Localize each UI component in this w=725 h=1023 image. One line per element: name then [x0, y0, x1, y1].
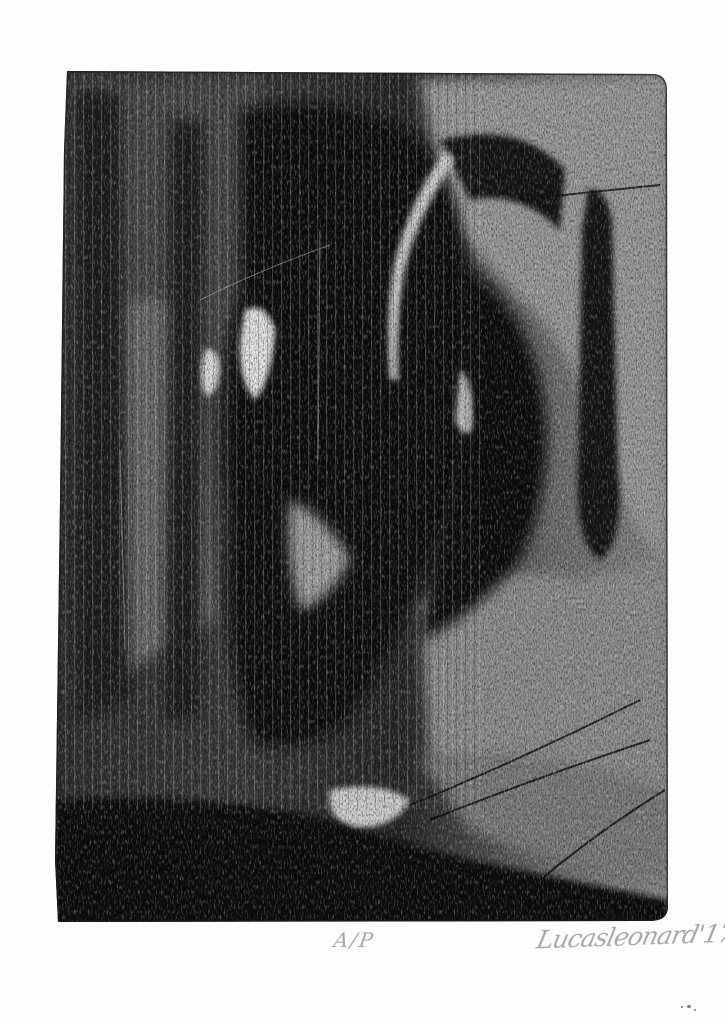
etching-plate-image — [0, 0, 725, 1023]
edition-annotation: A/P — [332, 928, 376, 952]
paper-speck — [687, 1005, 691, 1008]
paper-speck — [681, 1006, 683, 1008]
paper-speck — [694, 1009, 696, 1011]
